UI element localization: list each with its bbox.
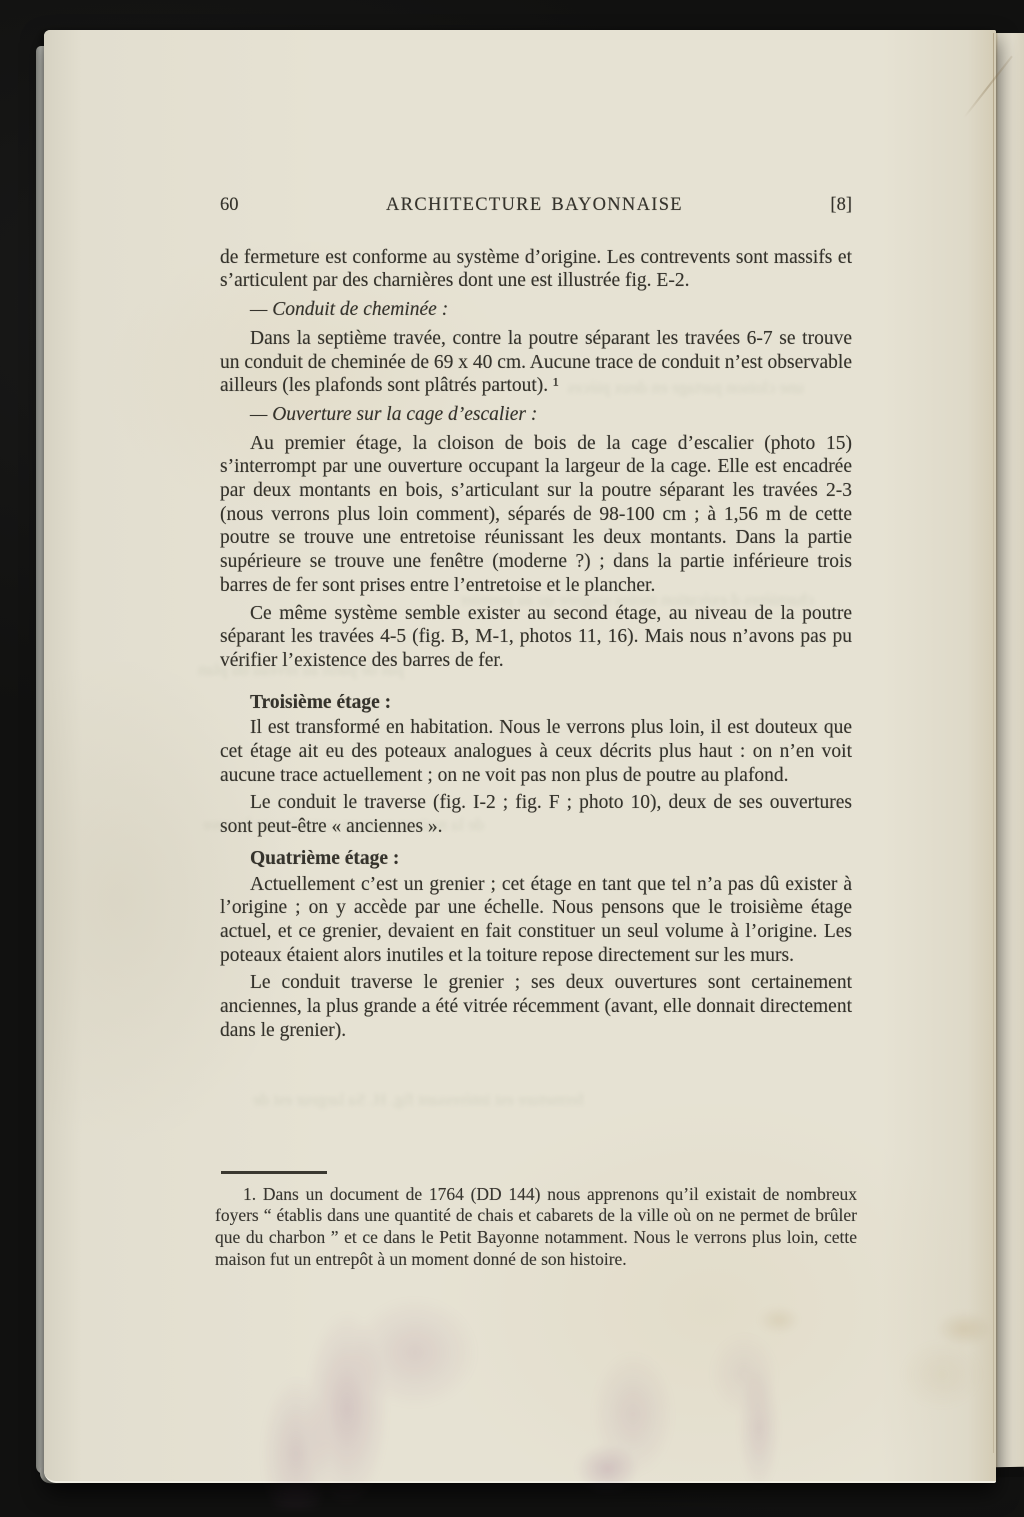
page-crease-vertical: [993, 33, 994, 1453]
water-stain: [684, 1320, 834, 1500]
section-heading: Quatrième étage :: [220, 847, 852, 871]
paragraph: Il est transformé en habitation. Nous le…: [220, 716, 852, 787]
column-reference: [8]: [830, 194, 852, 218]
book-page: 60 ARCHITECTURE BAYONNAISE [8] de fermet…: [44, 30, 996, 1483]
footnote-separator: [221, 1171, 327, 1174]
foxing-stain: [734, 1285, 824, 1355]
next-page-edge: [995, 33, 1024, 1473]
paragraph: Actuellement c’est un grenier ; cet étag…: [220, 873, 852, 968]
show-through-smudge: fermeture est intéressant fig. H. Sa lar…: [164, 1090, 584, 1110]
text-column: 60 ARCHITECTURE BAYONNAISE [8] de fermet…: [220, 194, 852, 1047]
body-text: de fermeture est conforme au système d’o…: [220, 246, 852, 1043]
paragraph: Le conduit traverse le grenier ; ses deu…: [220, 971, 852, 1042]
page-number: 60: [220, 194, 239, 218]
paragraph: Dans la septième travée, contre la poutr…: [220, 327, 852, 398]
paragraph: Au premier étage, la cloison de bois de …: [220, 432, 852, 598]
page-header: 60 ARCHITECTURE BAYONNAISE [8]: [220, 194, 852, 218]
water-stain: [514, 1340, 684, 1505]
scanner-background: { "colors": { "scanner_background": "#11…: [0, 0, 1024, 1517]
side-heading: — Ouverture sur la cage d’escalier :: [220, 403, 852, 427]
running-title: ARCHITECTURE BAYONNAISE: [386, 194, 683, 218]
section-heading: Troisième étage :: [220, 691, 852, 715]
paragraph: de fermeture est conforme au système d’o…: [220, 246, 852, 293]
paragraph: Ce même système semble exister au second…: [220, 602, 852, 673]
water-stain: [194, 1285, 534, 1510]
footnote-block: 1. Dans un document de 1764 (DD 144) nou…: [215, 1171, 857, 1271]
footnote-text: 1. Dans un document de 1764 (DD 144) nou…: [215, 1184, 857, 1272]
paragraph: Le conduit le traverse (fig. I-2 ; fig. …: [220, 791, 852, 838]
side-heading: — Conduit de cheminée :: [220, 298, 852, 322]
